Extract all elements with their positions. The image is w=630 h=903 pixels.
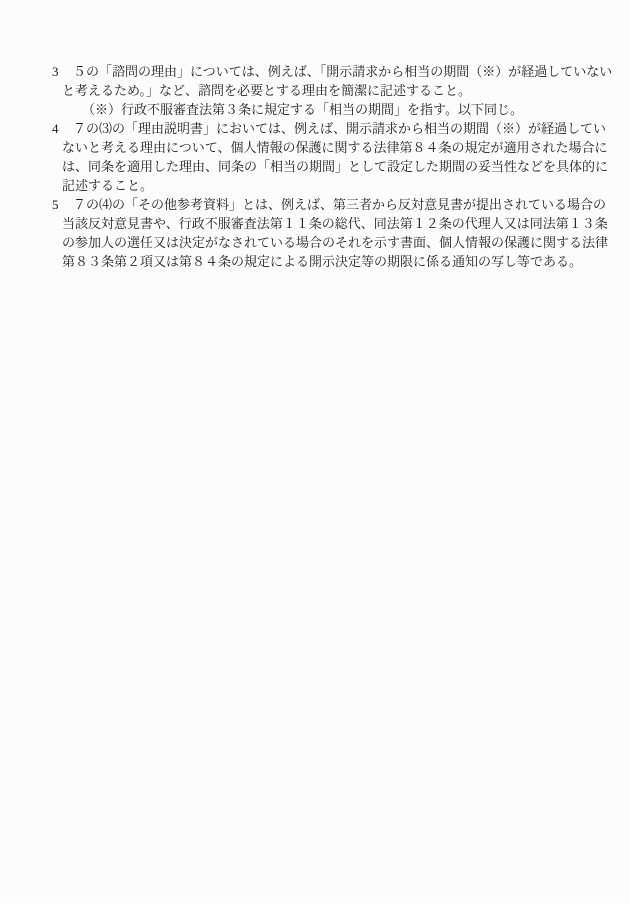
paragraph-line: ７の⑶の「理由説明書」においては、例えば、開示請求から相当の期間（※）が経過して… (73, 119, 590, 138)
numbered-item-3: 3 ５の「諮問の理由」については、例えば、「開示請求から相当の期間（※）が経過し… (52, 62, 590, 119)
item-number: 5 (52, 195, 72, 214)
paragraph-line: ないと考える理由について、個人情報の保護に関する法律第８４条の規定が適用された場… (62, 138, 590, 157)
item-number: 4 (52, 119, 72, 138)
paragraph-line: は、同条を適用した理由、同条の「相当の期間」として設定した期間の妥当性などを具体… (62, 157, 590, 176)
numbered-item-4: 4 ７の⑶の「理由説明書」においては、例えば、開示請求から相当の期間（※）が経過… (52, 119, 590, 195)
numbered-item-5: 5 ７の⑷の「その他参考資料」とは、例えば、第三者から反対意見書が提出されている… (52, 195, 590, 271)
paragraph-line: と考えるため。」など、諮問を必要とする理由を簡潔に記述すること。 (62, 81, 590, 100)
paragraph-line: ７の⑷の「その他参考資料」とは、例えば、第三者から反対意見書が提出されている場合… (73, 195, 590, 214)
paragraph-line: 記述すること。 (62, 176, 590, 195)
paragraph-line: 当該反対意見書や、行政不服審査法第１１条の総代、同法第１２条の代理人又は同法第１… (62, 214, 590, 233)
paragraph-line: ５の「諮問の理由」については、例えば、「開示請求から相当の期間（※）が経過してい… (73, 62, 590, 81)
footnote-line: （※）行政不服審査法第３条に規定する「相当の期間」を指す。以下同じ。 (82, 100, 590, 119)
paragraph-line: 第８３条第２項又は第８４条の規定による開示決定等の期限に係る通知の写し等である。 (62, 252, 590, 271)
paragraph-line: の参加人の選任又は決定がなされている場合のそれを示す書面、個人情報の保護に関する… (62, 233, 590, 252)
document-page: 3 ５の「諮問の理由」については、例えば、「開示請求から相当の期間（※）が経過し… (0, 0, 630, 903)
item-number: 3 (52, 62, 72, 81)
